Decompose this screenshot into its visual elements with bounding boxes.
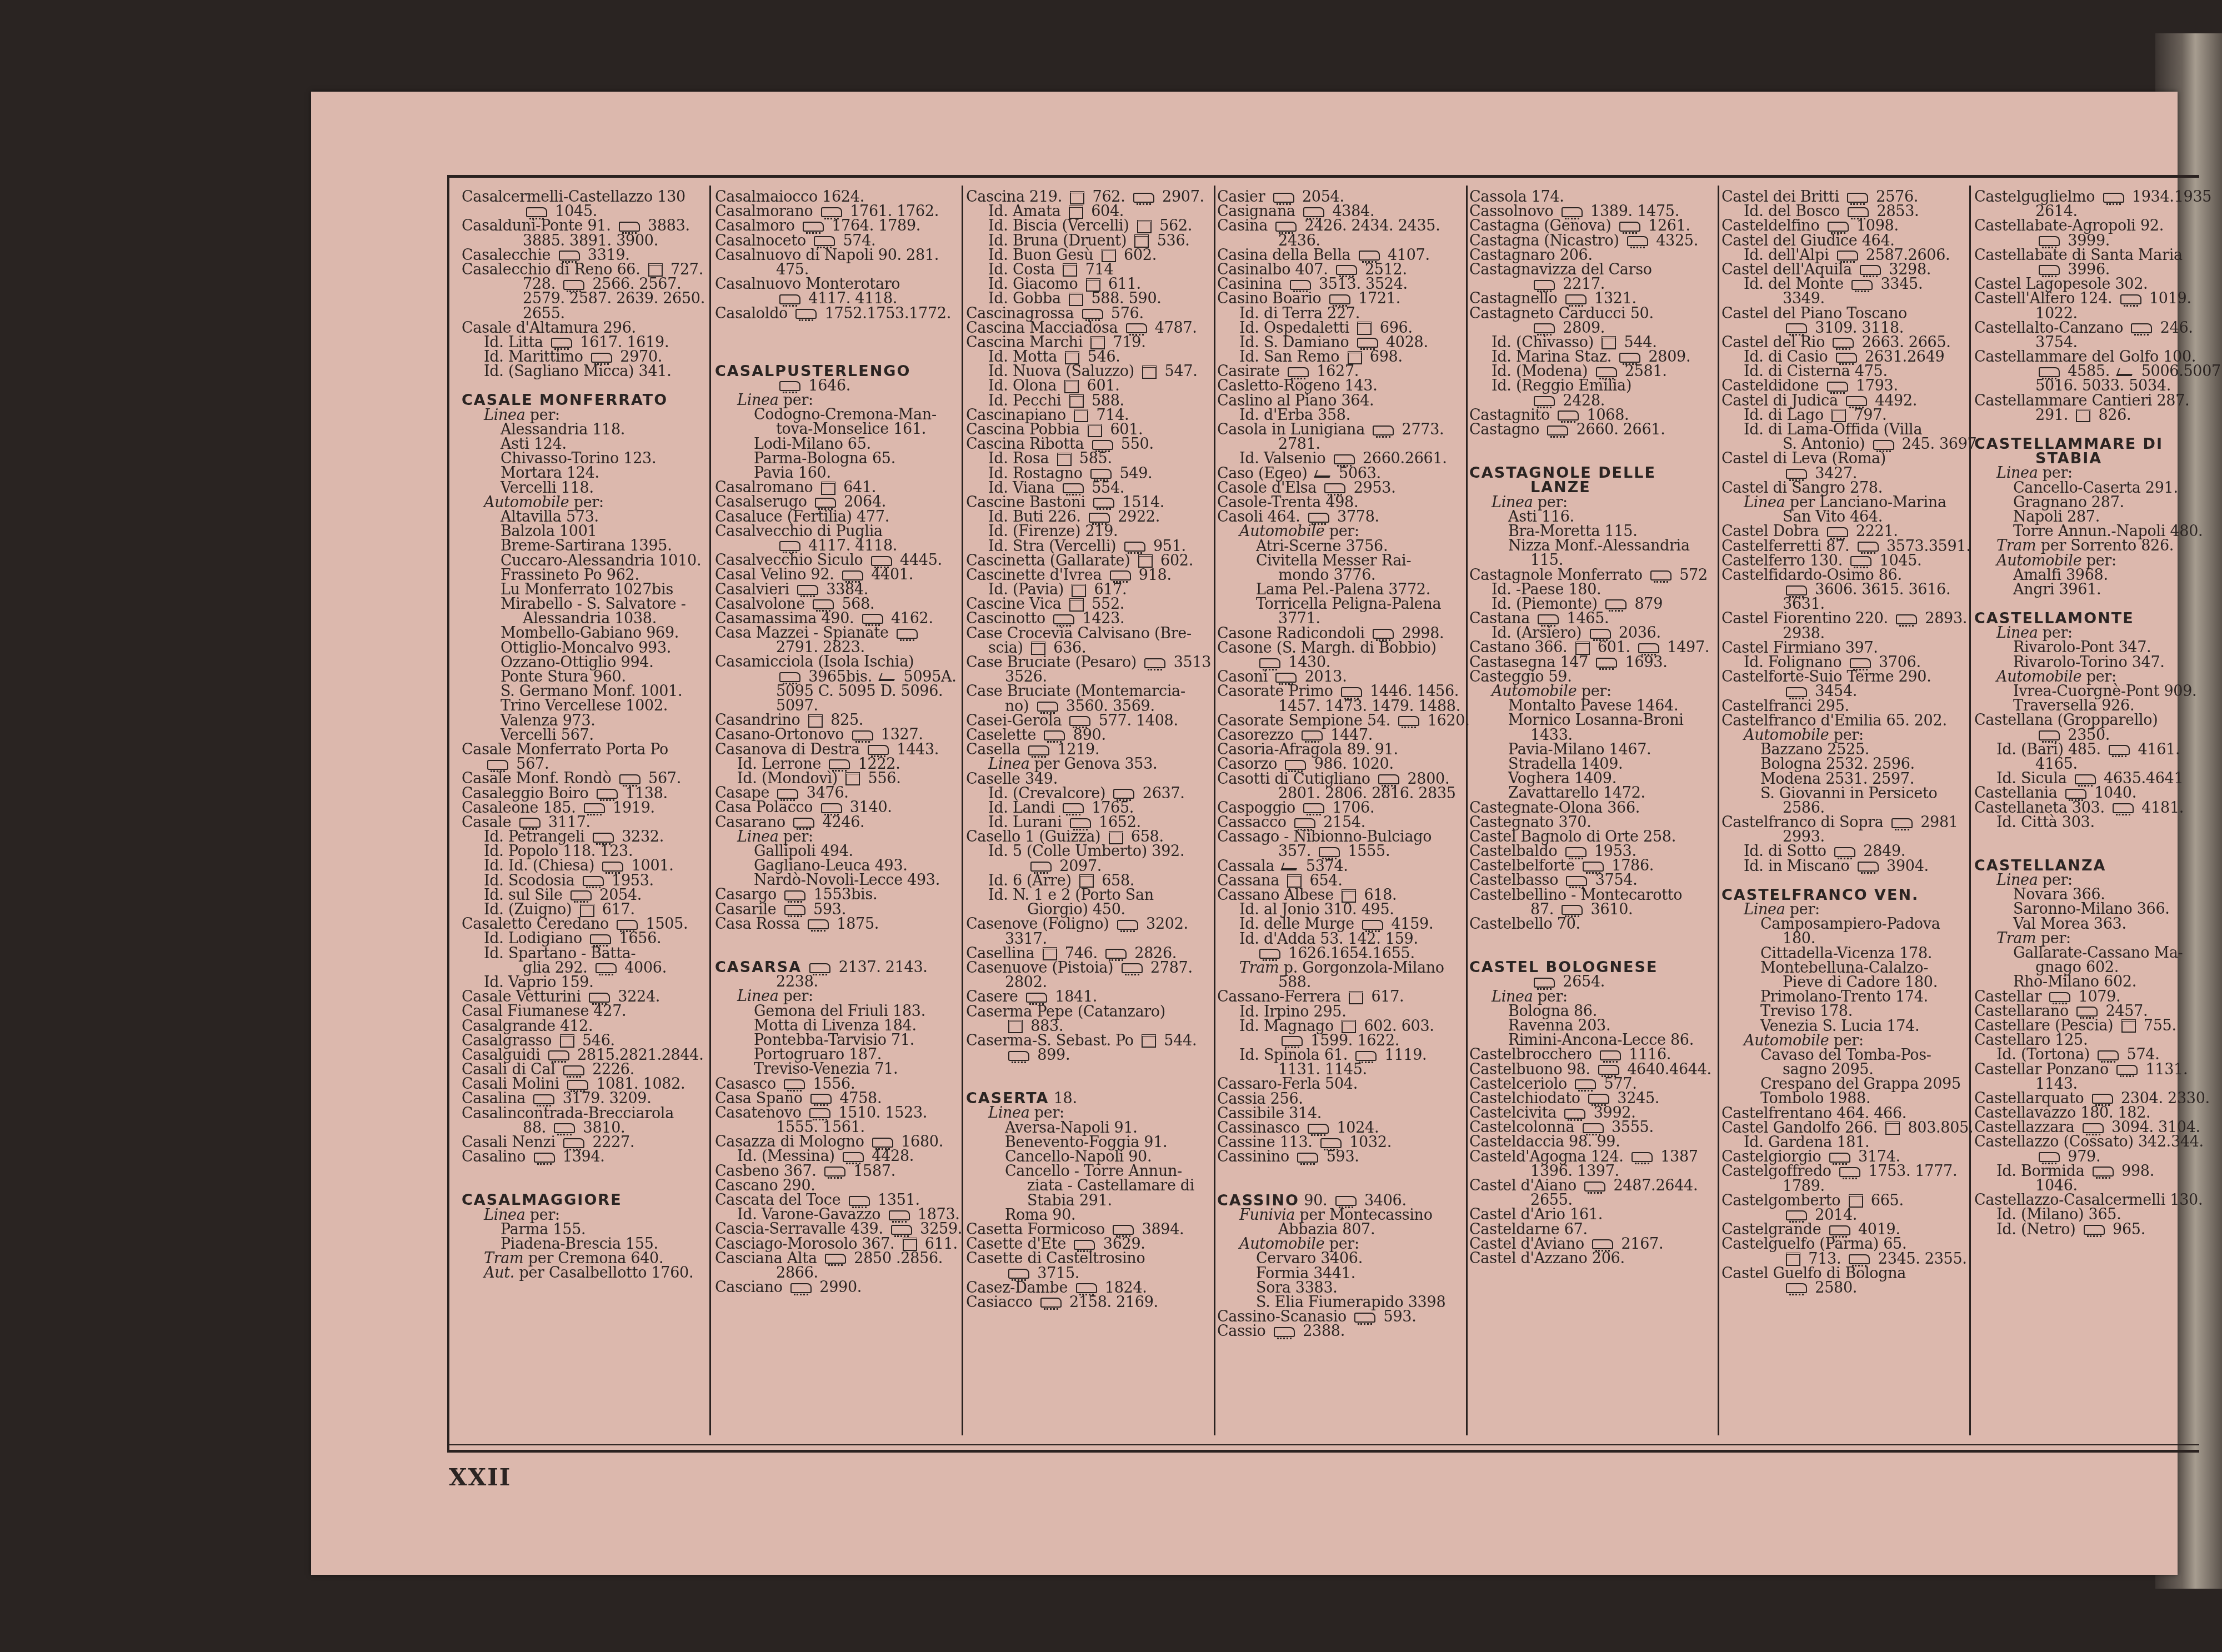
service-label: Linea per: (1469, 990, 1714, 1004)
index-entry: Casina 2426. 2434. 2435. (1217, 219, 1462, 233)
bus-icon (803, 222, 824, 232)
bus-icon (1355, 1051, 1377, 1061)
index-entry: Casa Rossa 1875. (715, 917, 959, 932)
tram-icon (1357, 322, 1372, 335)
index-subentry: 2580. (1721, 1281, 1966, 1295)
index-subentry: Parma 155. (462, 1223, 706, 1237)
bus-icon (862, 614, 883, 624)
index-subentry: 979. (1974, 1150, 2219, 1164)
bus-icon (2116, 1065, 2138, 1075)
index-subentry: Id. Spartano - Batta- (462, 947, 706, 961)
index-subentry: 2350. (1974, 728, 2219, 743)
bus-icon (1324, 483, 1345, 493)
tram-icon (1109, 831, 1123, 844)
tram-icon (1064, 380, 1079, 393)
index-subentry: 115. (1469, 553, 1714, 568)
bus-icon (1259, 658, 1280, 668)
index-subentry: Saronno-Milano 366. (1974, 902, 2219, 917)
index-entry: Casalnuovo di Napoli 90. 281. (715, 248, 959, 263)
bus-icon (2039, 265, 2060, 275)
bus-icon (1334, 454, 1355, 464)
index-subentry: Id. -Paese 180. (1469, 583, 1714, 597)
bus-icon (784, 890, 805, 900)
bus-icon (1117, 920, 1138, 930)
index-entry: Casciago-Morosolo 367. 611. (715, 1237, 959, 1251)
index-subentry: 899. (966, 1048, 1210, 1063)
bus-icon (790, 1283, 812, 1293)
index-subentry: 2436. (1217, 234, 1462, 248)
tram-icon (1057, 453, 1072, 466)
index-entry: Caslino al Piano 364. (1217, 394, 1462, 408)
index-entry: Casteldaccia 98. 99. (1469, 1135, 1714, 1149)
tram-icon (1086, 278, 1100, 292)
index-entry: Casa Polacco 3140. (715, 800, 959, 815)
bus-icon (1320, 1138, 1342, 1148)
spacer (715, 321, 959, 336)
bus-icon (559, 251, 580, 261)
service-label: Linea per: (715, 989, 959, 1004)
bus-icon (1357, 338, 1378, 348)
ship-icon (879, 673, 897, 681)
index-subentry: Breme-Sartirana 1395. (462, 539, 706, 553)
index-subentry: Id. Biscia (Vercelli) 562. (966, 219, 1210, 233)
bus-icon (1093, 498, 1114, 508)
bus-icon (1650, 570, 1671, 580)
service-label: Automobile per: (1721, 1034, 1966, 1048)
bus-icon (1847, 193, 1868, 203)
index-entry: Cascinetta (Gallarate) 602. (966, 554, 1210, 568)
bus-icon (1124, 542, 1145, 552)
index-subentry: Id. 5 (Colle Umberto) 392. (966, 844, 1210, 859)
bus-icon (2083, 1123, 2104, 1133)
bus-icon (2084, 1225, 2105, 1235)
index-subentry: Roma 90. (966, 1208, 1210, 1223)
index-subentry: Rho-Milano 602. (1974, 975, 2219, 989)
column-divider (1466, 186, 1468, 1435)
bus-icon (1303, 207, 1324, 217)
index-entry: Casarile 593. (715, 903, 959, 917)
index-entry: Castelgomberto 665. (1721, 1194, 1966, 1208)
bus-icon (534, 1153, 555, 1163)
index-subentry: Modena 2531. 2597. (1721, 772, 1966, 787)
bus-icon (548, 1050, 569, 1060)
index-column-5: Cassola 174.Cassolnovo 1389. 1475.Castag… (1469, 190, 1714, 1266)
bus-icon (813, 599, 834, 609)
bus-icon (567, 1080, 588, 1090)
bus-icon (1092, 440, 1113, 450)
index-subentry: 5095 C. 5095 D. 5096. (715, 684, 959, 699)
bus-icon (1259, 949, 1280, 959)
spacer (462, 1164, 706, 1179)
index-entry: Casalvieri 3384. (715, 583, 959, 597)
index-subentry: Id. Buon Gesù 602. (966, 248, 1210, 263)
index-entry: Cascia-Serravalle 439. 3259. (715, 1222, 959, 1237)
index-entry: Cassano-Ferrera 617. (1217, 990, 1462, 1004)
bus-icon (1848, 207, 1869, 217)
service-label: Aut. per Casalbellotto 1760. (462, 1266, 706, 1280)
bus-icon (1008, 1269, 1029, 1279)
index-column-1: Casalcermelli-Castellazzo 130 1045.Casal… (462, 190, 706, 1281)
tram-icon (1043, 947, 1057, 960)
index-subentry: Montebelluna-Calalzo- (1721, 961, 1966, 975)
index-subentry: 1457. 1473. 1479. 1488. (1217, 699, 1462, 714)
index-subentry: 4117. 4118. (715, 292, 959, 306)
index-entry: Casalgrande 412. (462, 1019, 706, 1034)
index-subentry: Cuccaro-Alessandria 1010. (462, 554, 706, 568)
bus-icon (1534, 280, 1555, 290)
bus-icon (1592, 1239, 1613, 1249)
index-entry: Cassala 5374. (1217, 859, 1462, 874)
index-subentry: Bologna 2532. 2596. (1721, 757, 1966, 772)
index-column-7: Castelguglielmo 1934.19352614.Castellaba… (1974, 190, 2219, 1237)
index-entry: Castelbello 70. (1469, 917, 1714, 932)
bus-icon (1565, 294, 1587, 304)
bus-icon (824, 1167, 845, 1177)
bus-icon (619, 222, 640, 232)
index-entry: Casole d'Elsa 2953. (1217, 481, 1462, 495)
index-subentry: Trino Vercellese 1002. (462, 699, 706, 713)
index-entry: Castelceriolo 577. (1469, 1077, 1714, 1092)
bus-icon (1076, 1283, 1097, 1293)
bus-icon (1534, 978, 1555, 988)
index-subentry: 3715. (966, 1266, 1210, 1281)
spacer (1974, 830, 2219, 844)
index-entry: Castell'Alfero 124. 1019. (1974, 292, 2219, 306)
bus-icon (842, 570, 863, 580)
bus-icon (1030, 862, 1052, 872)
bus-icon (1534, 323, 1555, 333)
bus-icon (1028, 745, 1049, 755)
bus-icon (1851, 280, 1873, 290)
index-entry: Casteldidone 1793. (1721, 379, 1966, 393)
column-divider (1718, 186, 1719, 1435)
bus-icon (1588, 1094, 1609, 1104)
index-entry: Castagno 2660. 2661. (1469, 423, 1714, 437)
bus-icon (1294, 818, 1315, 828)
bus-icon (2039, 236, 2060, 246)
tram-icon (1786, 1253, 1800, 1266)
bus-icon (1053, 614, 1074, 624)
index-entry: Castel d'Azzano 206. (1469, 1251, 1714, 1266)
index-subentry: Id. (Netro) 965. (1974, 1223, 2219, 1237)
bus-icon (1619, 353, 1640, 363)
index-entry: Casasco 1556. (715, 1077, 959, 1092)
bus-icon (1566, 876, 1587, 886)
bus-icon (784, 1079, 805, 1089)
bus-icon (1026, 993, 1047, 1003)
bus-icon (1008, 1051, 1029, 1061)
index-entry: Casez-Dambe 1824. (966, 1281, 1210, 1295)
index-subentry: Nizza Monf.-Alessandria (1469, 539, 1714, 553)
index-subentry: Id. Olona 601. (966, 379, 1210, 393)
index-subentry: 2938. (1721, 627, 1966, 641)
index-subentry: Gemona del Friuli 183. (715, 1004, 959, 1019)
tram-icon (1349, 991, 1363, 1004)
index-subentry: Id. Irpino 295. (1217, 1005, 1462, 1019)
bus-icon (563, 280, 584, 290)
bus-icon (1290, 280, 1311, 290)
spacer (1217, 1165, 1462, 1179)
index-subentry: Alessandria 118. (462, 423, 706, 437)
bus-icon (1829, 1153, 1850, 1163)
index-entry: Castel Fiorentino 220. 2893. (1721, 612, 1966, 626)
index-subentry: 1433. (1469, 728, 1714, 743)
station-heading: CASTAGNOLE DELLE (1469, 466, 1714, 480)
index-entry: Castelgoffredo 1753. 1777. (1721, 1164, 1966, 1179)
bus-icon (843, 1152, 864, 1162)
bus-icon (1596, 658, 1617, 668)
index-entry: Castegnato 370. (1469, 815, 1714, 830)
index-entry: Caselle 349. (966, 772, 1210, 787)
bus-icon (1303, 803, 1324, 813)
spacer (715, 336, 959, 350)
index-entry: Casalmoro 1764. 1789. (715, 219, 959, 233)
service-label: Automobile per: (1217, 524, 1462, 539)
bus-icon (2103, 193, 2124, 203)
index-entry: Castelbellino - Montecarotto (1469, 888, 1714, 903)
index-entry: Casteldarne 67. (1469, 1223, 1714, 1237)
index-entry: Casaleone 185. 1919. (462, 801, 706, 815)
bus-icon (563, 1065, 584, 1075)
bus-icon (597, 789, 618, 799)
bus-icon (1839, 1167, 1860, 1177)
column-divider (1969, 186, 1971, 1435)
bus-icon (526, 207, 547, 217)
bus-icon (1590, 629, 1611, 639)
index-subentry: Id. del Monte 3345. (1721, 277, 1966, 292)
index-entry: Casbeno 367. 1587. (715, 1164, 959, 1179)
tram-icon (1069, 394, 1084, 408)
column-divider (1214, 186, 1215, 1435)
index-entry: Castelferro 130. 1045. (1721, 554, 1966, 568)
bus-icon (1133, 193, 1154, 203)
tram-icon (2121, 1019, 2136, 1033)
index-subentry: Id. Bruna (Druent) 536. (966, 234, 1210, 248)
bus-icon (1858, 862, 1879, 872)
index-entry: Cascinagrossa 576. (966, 307, 1210, 321)
bus-icon (1575, 1079, 1596, 1089)
bus-icon (1044, 730, 1065, 740)
service-label: Automobile per: (462, 495, 706, 510)
tram-icon (1142, 366, 1157, 379)
index-entry: Casone (S. Margh. di Bobbio) (1217, 641, 1462, 655)
bus-icon (1538, 614, 1559, 624)
bus-icon (1373, 629, 1394, 639)
bus-icon (1063, 803, 1084, 813)
tram-icon (1138, 554, 1153, 568)
tram-icon (1069, 598, 1084, 612)
tram-icon (1849, 1194, 1863, 1208)
bus-icon (889, 1210, 910, 1220)
bus-icon (554, 1123, 575, 1133)
index-entry: Castel d'Ario 161. (1469, 1208, 1714, 1222)
bus-icon (2113, 803, 2134, 813)
service-label: Automobile per: (1974, 554, 2219, 568)
service-label: Linea per Genova 353. (966, 757, 1210, 772)
bus-icon (1113, 1225, 1134, 1235)
index-subentry: Id. (Reggio Emilia) (1469, 379, 1714, 393)
bus-icon (1598, 1065, 1619, 1075)
tram-icon (1088, 424, 1102, 437)
index-entry: Casalduni-Ponte 91. 3883. (462, 219, 706, 233)
bus-icon (2039, 1152, 2060, 1162)
index-subentry: Mombello-Gabiano 969. (462, 626, 706, 640)
index-subentry: Id. Magnago 602. 603. (1217, 1019, 1462, 1034)
index-subentry: Id. d'Adda 53. 142. 159. (1217, 932, 1462, 947)
bus-icon (1891, 818, 1913, 828)
bus-icon (2075, 774, 2096, 784)
index-subentry: 2579. 2587. 2639. 2650. (462, 292, 706, 306)
bus-icon (1308, 1124, 1329, 1134)
bus-icon (1341, 687, 1362, 697)
bus-icon (584, 803, 605, 813)
bus-icon (868, 745, 889, 755)
index-subentry: Tombolo 1988. (1721, 1092, 1966, 1106)
bus-icon (1600, 1050, 1621, 1060)
index-entry: Casale d'Altamura 296. (462, 321, 706, 336)
index-subentry: Id. Rostagno 549. (966, 467, 1210, 481)
bus-icon (1378, 774, 1399, 784)
bus-icon (1786, 1210, 1807, 1220)
bus-icon (1113, 789, 1134, 799)
index-entry: Casorate Primo 1446. 1456. (1217, 684, 1462, 699)
index-entry: Cascina Macciadosa 4787. (966, 321, 1210, 336)
index-entry: Castelfranco di Sopra 2981 (1721, 815, 1966, 830)
bus-icon (779, 381, 800, 391)
index-entry: Castellana (Gropparello) (1974, 713, 2219, 728)
index-subentry: 180. (1721, 932, 1966, 946)
bus-icon (1534, 396, 1555, 406)
tram-icon (2076, 409, 2090, 422)
bus-icon (1827, 382, 1848, 392)
index-entry: Casletto-Rogeno 143. (1217, 379, 1462, 393)
index-entry: Castano 366. 601. 1497. (1469, 640, 1714, 655)
bus-icon (1354, 1313, 1375, 1323)
index-subentry: Asti 116. (1469, 510, 1714, 524)
index-subentry: Sora 3383. (1217, 1281, 1462, 1295)
bus-icon (1873, 440, 1894, 450)
index-subentry: 3427. (1721, 467, 1966, 481)
index-subentry: Torricella Peligna-Palena (1217, 597, 1462, 612)
bus-icon (1105, 949, 1127, 959)
index-column-4: Casier 2054.Casignana 4384.Casina 2426. … (1217, 190, 1462, 1339)
index-subentry: Id. (Firenze) 219. (966, 524, 1210, 539)
index-entry: Castagna (Nicastro) 4325. (1469, 234, 1714, 248)
index-entry: Casalvecchio di Puglia (715, 524, 959, 539)
index-subentry: Camposampiero-Padova (1721, 917, 1966, 932)
tram-icon (1142, 1034, 1156, 1048)
index-entry: Cascinotto 1423. (966, 612, 1210, 626)
bus-icon (1362, 920, 1383, 930)
index-subentry: Id. di Sotto 2849. (1721, 844, 1966, 859)
index-subentry: Id. Ospedaletti 696. (1217, 321, 1462, 336)
spacer (1469, 932, 1714, 946)
index-entry: Casorate Sempione 54. 1620. (1217, 714, 1462, 728)
bus-icon (2092, 1094, 2113, 1104)
index-entry: Casere 1841. (966, 990, 1210, 1004)
bus-icon (533, 1094, 554, 1104)
index-entry: Casalino 1394. (462, 1150, 706, 1164)
bus-icon (1275, 222, 1297, 232)
tram-icon (1090, 336, 1105, 349)
index-subentry: 1143. (1974, 1077, 2219, 1092)
index-subentry: Id. (Messina) 4428. (715, 1149, 959, 1164)
bus-icon (1398, 716, 1419, 726)
tram-icon (1575, 642, 1590, 655)
bus-icon (1359, 251, 1380, 261)
tram-icon (1070, 191, 1084, 204)
index-subentry: Aversa-Napoli 91. (966, 1121, 1210, 1135)
index-subentry: Mornico Losanna-Broni (1469, 713, 1714, 728)
tram-icon (1102, 249, 1116, 262)
index-entry: Caserma-S. Sebast. Po 544. (966, 1034, 1210, 1048)
index-subentry: 3349. (1721, 292, 1966, 306)
column-divider (709, 186, 711, 1435)
bus-icon (1896, 614, 1917, 624)
index-entry: Casamicciola (Isola Ischia) (715, 655, 959, 669)
index-entry: Casaluce (Fertilia) 477. (715, 510, 959, 524)
bus-icon (1082, 309, 1103, 319)
index-entry: Casaleggio Boiro 1138. (462, 787, 706, 801)
index-entry: Castel del Piano Toscano (1721, 307, 1966, 321)
bus-icon (829, 759, 850, 769)
bus-icon (2093, 1167, 2114, 1177)
index-entry: Cassio 2388. (1217, 1324, 1462, 1339)
bus-icon (1605, 599, 1627, 609)
bus-icon (1547, 425, 1568, 435)
index-column-2: Casalmaiocco 1624.Casalmorano 1761. 1762… (715, 190, 959, 1295)
index-entry: Castellar Ponzano 1131. (1974, 1063, 2219, 1077)
index-entry: Casal Fiumanese 427. (462, 1004, 706, 1019)
bus-icon (809, 963, 830, 973)
bus-icon (589, 993, 610, 1003)
bus-icon (1302, 730, 1323, 740)
index-entry: Casale Monferrato Porta Po (462, 743, 706, 757)
tram-icon (1831, 409, 1846, 422)
bus-icon (570, 890, 592, 900)
index-entry: Castasegna 147 1693. (1469, 655, 1714, 670)
bus-icon (1285, 760, 1306, 770)
index-entry: Castellania 1040. (1974, 786, 2219, 800)
bus-icon (1037, 702, 1058, 712)
tram-icon (1137, 220, 1152, 233)
index-entry: Casale Monf. Rondò 567. (462, 772, 706, 786)
service-label: Linea per: (462, 408, 706, 423)
index-entry: Castellazzo (Cossato) 342.344. (1974, 1135, 2219, 1149)
bus-icon (602, 862, 623, 872)
index-entry: Casteldelfino 1098. (1721, 219, 1966, 233)
index-subentry: Id. (Milano) 365. (1974, 1208, 2219, 1222)
index-entry: Casiacco 2158. 2169. (966, 1295, 1210, 1310)
index-entry: Casa Spano 4758. (715, 1092, 959, 1106)
index-subentry: Treviso-Venezia 71. (715, 1062, 959, 1077)
index-subentry: Id. in Miscano 3904. (1721, 859, 1966, 874)
index-entry: Casalnoceto 574. (715, 234, 959, 248)
bus-icon (1329, 294, 1350, 304)
index-entry: Castel di Judica 4492. (1721, 394, 1966, 408)
index-subentry: Id. Rosa 585. (966, 452, 1210, 466)
index-subentry: Id. delle Murge 4159. (1217, 917, 1462, 932)
tram-icon (1079, 874, 1094, 888)
index-entry: Castellaneta 303. 4181. (1974, 801, 2219, 815)
index-subentry: Id. (Tortona) 574. (1974, 1048, 2219, 1062)
index-subentry: 1789. (1721, 1179, 1966, 1194)
tram-icon (580, 904, 594, 917)
index-subentry: Valenza 973. (462, 714, 706, 728)
index-subentry: 3109. 3118. (1721, 321, 1966, 336)
bus-icon (1089, 513, 1110, 523)
index-subentry: Formia 3441. (1217, 1266, 1462, 1281)
